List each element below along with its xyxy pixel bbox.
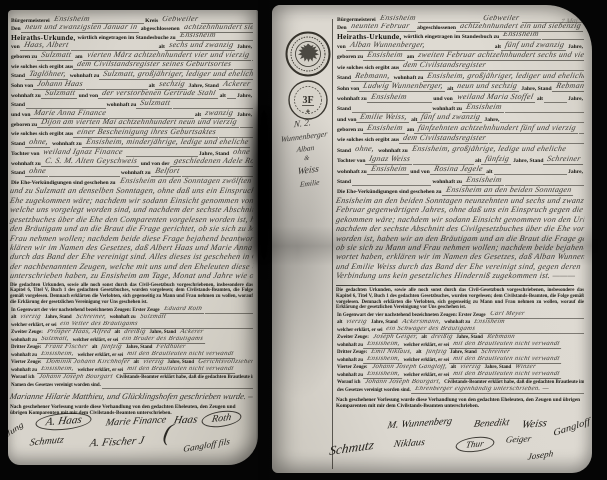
signature: A. Fischer J [89,436,145,450]
handwritten-entry: Johann Joseph Gangloff, [368,364,451,372]
printed-label: wohnhaft zu [336,359,364,364]
handwritten-entry: Ackerer [219,80,253,90]
signature: Schmutz [29,436,65,449]
handwritten-entry: Ensisheim, großjährige, ledige und eheli… [408,145,570,155]
form-row: geboren zuEnsisheimamzweiten Februar ach… [336,51,584,61]
handwritten-entry: Emil Niklaus, [367,349,416,357]
handwritten-entry: Sulzmatt [136,314,170,322]
handwritten-entry: Schreiner [543,155,584,165]
form-row: geboren zuEnsisheimamfünfzehnten achtzeh… [336,123,584,133]
printed-label: wohnhaft zu [10,354,38,359]
signature: Benedikt [473,418,510,430]
signature: Gangloff fils [183,437,230,454]
signature: Niklaus [393,438,426,450]
blank-line [527,318,584,319]
form-row: altvierzigJahre, StandAckersmann,wohnhaf… [336,319,584,327]
handwritten-entry: Haas, Albert [20,41,72,51]
margin-note: N. 2. Wunnenberger Alban & Weiss Emilie [272,114,340,193]
form-row: Die Ehe-Verkündigungen sind geschehen zu… [336,186,584,196]
printed-label: Den [336,26,348,32]
handwritten-entry: ohne, [351,145,378,155]
form-row: Zweiter Zeuge:Prosper Haas, Alfredaltdre… [10,329,253,337]
handwritten-entry: Ensisheim, [37,366,77,374]
handwritten-entry: Ensisheim [376,15,420,23]
form-row: Dritter Zeuge:Emil Niklaus,altfünfzigJah… [336,349,584,357]
handwritten-entry: Franz Fischer [41,344,91,352]
handwritten-entry: der verstorbenen Gertrude Stahl [98,90,220,100]
handwritten-entry: ein Bruder des Bräutigams [118,336,207,344]
handwritten-entry: fünfzehnten achtzehnhundert fünf und vie… [414,124,580,134]
handwritten-entry: ohne [25,167,50,177]
form-row: vonAlban Wunnenberger,altfünf und zwanzi… [336,40,584,50]
form-row: In Gegenwart der vier nachstehend bezeic… [336,311,584,319]
left-signature-area: JungA. HaasMarie FinanceHaasRothSchmutzA… [8,409,258,463]
handwritten-entry: Ensisheim [176,33,220,41]
handwritten-entry: Ensisheim [367,165,411,175]
form-row: welcher erklärt, er seiein Vetter des Br… [10,321,253,329]
handwritten-entry: Alban Wunnenberger, [346,41,429,51]
form-row: Denneun und zwanzigsten Januar inabgesch… [10,24,253,32]
right-page-content: BürgermeistereiEnsisheimGebweilerDenneun… [336,15,584,409]
printed-label: wohnhaft zu [336,344,364,349]
handwritten-line: gesetzbuches über die Ehe den Comparente… [9,215,254,224]
handwritten-entry: Winzer [511,364,540,372]
right-signature-area: SchmutzM. WunnenbergNiklausThurBenediktW… [272,417,592,471]
handwritten-entry: mit den Brautleuten nicht verwandt [123,366,237,374]
printed-label: und von [336,118,357,124]
signature: A. Haas [34,411,93,432]
printed-label: wohnhaft zu [336,97,368,103]
signature: Schmutz [329,438,375,457]
right-closing-printed: Nach geschehener Vorlesung wurde diese V… [336,397,584,409]
handwritten-entry: neun und sechzig [453,82,521,92]
handwritten-entry: mit den Brautleuten nicht verwandt [449,356,563,364]
handwritten-entry: vierten März achtzehnhundert vier und vi… [83,51,253,61]
handwritten-entry: Taglöhner, [25,70,70,80]
form-row: geboren zuSulzmattamvierten März achtzeh… [10,51,253,61]
handwritten-line: und zu Sulzmatt an denselben Sonntagen, … [9,186,254,195]
form-row: In Gegenwart der vier nachstehend bezeic… [10,306,253,314]
printed-label: des Gesetzes vereinigt worden sind. [336,389,412,394]
handwritten-entry: Dominik Johann Kirchhofer [42,359,134,367]
form-row: Dritter Zeuge:Franz FischeraltfünfzigJah… [10,344,253,352]
handwritten-entry: Johann Joseph Bourgart [35,374,116,382]
printed-label: Jahre, [567,170,584,176]
form-row: Worauf ichJohann Joseph Bourgart,Civilst… [336,379,584,387]
handwritten-entry: Ensisheim, minderjährige, ledige und ehe… [82,138,252,148]
form-row: wohnhaft zuEnsisheim,welcher erklärt, er… [336,356,584,364]
handwritten-entry: geschiedenen Adele Roth [170,157,253,167]
form-row: Standwohnhaft zuEnsisheim [336,103,584,113]
handwritten-entry: dem Civilstandsregister seines Geburtsor… [73,61,235,71]
form-row: Standwohnhaft zuEnsisheim [336,175,584,185]
left-page: BürgermeistereiEnsisheimKreisGebweilerDe… [8,10,258,465]
handwritten-entry: zwanzig [201,109,237,119]
form-row: Denneunten Februarabgeschlossenenachtzeh… [336,23,584,31]
handwritten-line: Ehe zugekommen wäre; nachdem wir sodann … [9,196,254,205]
form-row: wohnhaft zuEnsisheim,welcher erklärt, er… [10,366,253,374]
handwritten-entry: Sulzmatt, großjähriger, lediger und ehel… [99,70,253,80]
blank-line [205,313,253,314]
form-row: BürgermeistereiEnsisheimGebweiler [336,15,584,23]
handwritten-entry: weiland Ignaz Finance [39,148,127,158]
handwritten-entry: Rebmann [552,82,584,92]
signature: Marie Finance [105,415,167,428]
form-row: wohnhaft zuEnsisheim,welcher erklärt, er… [10,351,253,359]
handwritten-entry: Ignaz Weiss [365,155,414,165]
handwritten-entry: dem Civilstandsregister [399,134,490,144]
signature: Weiss [521,418,548,431]
printed-label: Den [10,27,22,33]
right-handwritten-paragraph: Ensisheim an den beiden Sonntagen neunze… [336,196,584,281]
handwritten-entry: ohne, [25,138,52,148]
form-row: Standohnewohnhaft zuBelfort [10,167,253,177]
left-page-content: BürgermeistereiEnsisheimKreisGebweilerDe… [10,16,253,416]
form-row: Tochter vonweiland Ignaz FinanceJahre, S… [10,148,253,158]
printed-label: Kreis [144,19,159,25]
paragraph-end-rule [336,285,574,286]
form-row: wie solches sich ergibt auseiner Beschei… [10,128,253,138]
handwritten-entry: Sulzmatt [37,51,75,61]
printed-label: abgeschlossenen [416,26,457,32]
handwritten-line: wortet haben, erklären wir im Namen des … [335,252,585,261]
form-row: Tochter vonIgnaz WeissaltfünfzigJahre, S… [336,154,584,164]
handwritten-entry: ein Vetter des Bräutigams [57,321,142,329]
handwritten-entry: Ensisheim [50,16,94,24]
form-row: Worauf ichJohann Joseph BourgartCivilsta… [10,374,253,382]
form-row: welcher erklärt, er seiein Schwager des … [336,326,584,334]
form-row: Vierter Zeuge:Johann Joseph Gangloff,alt… [336,364,584,372]
handwritten-entry: ein Schwager des Bräutigams [383,326,480,334]
signature: Gangloff [553,417,591,439]
form-row: wohnhaft zuSulzmattund vonder verstorben… [10,90,253,100]
handwritten-entry: Prosper Haas, Alfred [43,329,115,337]
printed-label: Dritter Zeuge: [336,351,368,356]
form-row: StandRebmann,wohnhaft zuEnsisheim, großj… [336,71,584,81]
handwritten-entry: fünfzig [422,349,450,357]
form-row: wohnhaft zuEnsisheimund vonRosina Jegele… [336,165,584,175]
handwritten-entry: Schreiner, [72,314,110,322]
left-form-rows: vonHaas, Albertaltsechs und zwanzigJahre… [10,41,253,186]
form-row: vonHaas, Albertaltsechs und zwanzigJahre… [10,41,253,51]
handwritten-entry: Ludwig Wunnenberger, [359,82,447,92]
handwritten-entry: Ensisheim [470,319,508,327]
handwritten-entry: vierzig [343,319,371,327]
printed-label: abgeschlossenen [140,27,181,33]
form-row: wie solches sich ergibt ausdem Civilstan… [10,61,253,71]
stamp-cross-icon: ✚ [306,109,310,115]
blank-line [102,388,253,389]
printed-label: wohnhaft zu [10,94,42,100]
handwritten-entry: Ensisheim [462,176,506,186]
left-header-rows: BürgermeistereiEnsisheimKreisGebweilerDe… [10,16,253,41]
printed-label: und von [78,94,99,100]
handwritten-entry: Emilie Weiss, [356,113,411,123]
handwritten-entry: ohne [229,148,253,158]
form-row: Standohne,wohnhaft zuEnsisheim, großjähr… [336,144,584,154]
blank-line [579,133,584,134]
handwritten-entry: Ensisheim [367,93,411,103]
handwritten-entry: Rebmann [483,334,519,342]
form-row: wohnhaft zuC. S. M. Alten Geyschweisund … [10,157,253,167]
handwritten-line: den Bräutigam und an die Braut die Frage… [9,224,254,233]
handwritten-entry: Carl Meyer [486,311,528,319]
form-row: Sohn vonJohann HaasaltsechzigJahre, Stan… [10,80,253,90]
handwritten-entry: Ensisheim, [363,341,403,349]
handwritten-entry: Ensisheim [462,103,506,113]
printed-label: und von [409,170,430,176]
handwritten-entry: Sulzmatt [41,90,79,100]
handwritten-entry: Ensisheim, [37,351,77,359]
form-row: Zweiter Zeuge:Joseph Geiger,altdreißigJa… [336,334,584,342]
handwritten-entry: Johann Haas [33,80,87,90]
printed-heading: Heiraths-Urkunde, [336,33,402,41]
left-handwritten-paragraph: und zu Sulzmatt an denselben Sonntagen, … [10,186,253,280]
blank-line [352,185,431,186]
handwritten-line: welche uns vorgelegt worden sind, und na… [9,205,254,214]
signature: Joseph [527,449,554,461]
form-row: wie solches sich ergibt ausdem Civilstan… [336,134,584,144]
handwritten-entry: dreißig [120,329,149,337]
handwritten-entry: mit den Brautleuten nicht verwandt [449,371,563,379]
handwritten-entry: vierzig [139,359,167,367]
printed-label: Worauf ich [10,376,36,381]
printed-label: und von [10,113,31,119]
handwritten-entry: Ensisheim [499,32,543,40]
printed-label: Stand [336,149,352,155]
right-page: 3F ✚ N. 2. Wunnenberger Alban & Weiss Em… [272,5,592,473]
form-row: Vierter Zeuge:Dominik Johann Kirchhofera… [10,359,253,367]
printed-label: Dritter Zeuge: [10,346,42,351]
form-row: Standohne,wohnhaft zuEnsisheim, minderjä… [10,138,253,148]
handwritten-line: der nachbenannten Zeugen, welche mit uns… [9,262,254,271]
printed-label: wohnhaft zu [336,374,364,379]
form-row: und vonMarie Anna FinancealtzwanzigJahre… [10,109,253,119]
signature: Jung [8,421,25,439]
handwritten-entry: Rebmann, [351,72,394,82]
signature: Roth [200,409,242,429]
handwritten-entry: dreißig [427,334,456,342]
handwritten-entry: fünfzig [97,344,125,352]
printed-label: Worauf ich [336,381,362,386]
handwritten-entry: Marie Anna Finance [30,109,110,119]
handwritten-entry: achtzehnhundert siebenzig [180,24,253,32]
printed-label: Sohn von [336,87,360,93]
binding-gutter-shadow [256,0,272,480]
handwritten-entry: achtzehnhundert ein und siebenzig [456,23,584,31]
printed-label: geboren zu [10,123,38,129]
handwritten-entry: sechzig [155,80,189,90]
printed-label: Stand [336,180,352,186]
handwritten-entry: Sulzmatt, [37,336,73,344]
printed-label: Stand [10,103,26,109]
handwritten-entry: Ensisheim an den beiden Sonntagen [441,186,575,196]
handwritten-entry: Belfort [151,167,183,177]
handwritten-entry: Dijon am vierten Mai achtzehnhundert neu… [37,119,241,129]
handwritten-entry: fünf und zwanzig [501,41,568,51]
handwritten-entry: neunten Februar [347,23,414,31]
handwritten-entry: vierzig [17,314,45,322]
left-printed-block: Die gedachten Urkunden, sowie alle noch … [10,283,253,307]
handwritten-line: unterschrieben haben, zu Ensisheim am Ta… [9,271,254,280]
blank-line [551,393,584,394]
stamp-value: 3F [302,95,313,106]
handwritten-entry: dem Civilstandsregister [399,61,490,71]
printed-label: wohnhaft zu [336,170,368,176]
handwritten-entry: Schreiner [477,349,514,357]
printed-label: Tochter von [336,159,366,165]
handwritten-entry: Rosina Jegele [430,165,487,175]
handwritten-entry: Ensisheim [363,51,407,61]
right-header-rows: BürgermeistereiEnsisheimGebweilerDenneun… [336,15,584,40]
handwritten-entry: Sulzmatt [136,99,174,109]
blank-line [252,60,253,61]
left-witness-rows: In Gegenwart der vier nachstehend bezeic… [10,306,253,389]
margin-rule-line [332,19,333,469]
form-row: des Gesetzes vereinigt worden sind.Ehren… [336,386,584,394]
handwritten-entry: einer Bescheinigung ihres Geburtsaktes [73,128,220,138]
handwritten-entry: Ensisheim, [363,356,403,364]
printed-label: alt [536,97,544,103]
printed-label: wohnhaft zu [106,103,138,109]
printed-label: und von [432,97,453,103]
form-row: StandTaglöhner,wohnhaft zuSulzmatt, groß… [10,70,253,80]
form-row: und vonEmilie Weiss,altfünf und zwanzigJ… [336,113,584,123]
handwritten-line: und Emilie Weiss durch das Band der Ehe … [335,262,585,271]
handwritten-entry: Gerichtsvollzieher [194,359,253,367]
handwritten-line: gekommen wäre; nachdem wir sodann Einsic… [335,215,585,224]
handwritten-entry: vierzig [456,364,484,372]
printed-label: Jahre, Stand [512,159,544,165]
form-row: Standwohnhaft zuSulzmatt [10,99,253,109]
handwritten-entry: neun und zwanzigsten Januar in [21,24,141,32]
handwritten-line: Verbindung uns kein gesetzliches Hindern… [335,271,585,280]
printed-label: Jahre, [567,97,584,103]
handwritten-entry: mit den Brautleuten nicht verwandt [449,341,563,349]
printed-label: geboren zu [10,55,38,61]
printed-label: Stand [336,76,352,82]
form-row: geboren zuDijon am vierten Mai achtzehnh… [10,119,253,129]
printed-label: Sohn von [10,84,34,90]
printed-label: Civilstands-Beamter erklärt habe, daß di… [115,376,253,381]
form-row: wohnhaft zuEnsisheimund vonweiland Maria… [336,92,584,102]
signature: M. Wunnenberg [387,417,453,431]
imperial-eagle-seal-icon [285,31,331,77]
handwritten-entry: Ensisheim, [363,371,403,379]
printed-label: Jahre, [236,94,253,100]
handwritten-entry: Eduard Roth [160,306,206,314]
handwritten-entry: sechs und zwanzig [165,41,237,51]
signature: Thur [454,435,495,453]
handwritten-entry: weiland Maria Stoffel [453,93,537,103]
handwritten-entry: fünfzig [481,155,513,165]
form-row: wohnhaft zuSulzmatt,welcher erklärt, er … [10,336,253,344]
form-row: wohnhaft zuEnsisheim,welcher erklärt, er… [336,341,584,349]
handwritten-entry: Johann Joseph Bourgart, [361,379,444,387]
form-row: wie solches sich ergibt ausdem Civilstan… [336,61,584,71]
signature: Geiger [505,434,532,444]
blank-line [409,102,432,103]
printed-label: Tochter von [10,152,40,158]
right-printed-block: Die gedachten Urkunden, sowie alle noch … [336,288,584,312]
handwritten-entry: fünf und zwanzig [417,113,484,123]
scanned-civil-registry-document: BürgermeistereiEnsisheimKreisGebweilerDe… [0,0,607,480]
printed-label: geboren zu [336,128,364,134]
right-form-rows: vonAlban Wunnenberger,altfünf und zwanzi… [336,40,584,196]
form-row: wohnhaft zuEnsisheim,welcher erklärt, er… [336,371,584,379]
printed-label: alt [219,94,227,100]
handwritten-entry: Ackersmann, [398,319,444,327]
printed-label: wohnhaft zu [10,339,38,344]
blank-line [544,102,567,103]
handwritten-entry: mit den Brautleuten nicht verwandt [123,351,237,359]
handwritten-entry: Joseph Geiger, [369,334,421,342]
handwritten-entry: Ackerer [176,329,207,337]
handwritten-entry: C. S. M. Alten Geyschweis [41,157,141,167]
form-row: Sohn vonLudwig Wunnenberger,altneun und … [336,82,584,92]
handwritten-line: klären wir im Namen des Gesetzes, daß Al… [9,243,254,252]
handwritten-line: Frau nehmen wollen; nachdem beide diese … [9,234,254,243]
form-row: Heiraths-Urkunde,wörtlich eingetragen im… [10,33,253,41]
left-script-line: Marianne Hilarie Matthieu, und Glückling… [9,391,254,401]
handwritten-entry: Ensisheim, großjähriger, lediger und ehe… [423,72,584,82]
handwritten-entry: zweiten Februar achtzehnhundert sechs un… [414,51,584,61]
blank-line [227,98,236,99]
handwritten-line: nachdem der sechste Abschnitt des Civilg… [335,224,585,233]
right-witness-rows: In Gegenwart der vier nachstehend bezeic… [336,311,584,394]
form-row: Namen des Gesetzes vereinigt worden sind… [10,381,253,389]
printed-label: Stand [10,171,26,177]
printed-label: wohnhaft zu [10,369,38,374]
handwritten-entry: Gebweiler [479,15,523,23]
printed-heading: Heiraths-Urkunde, [10,34,76,42]
handwritten-line: durch das Band der Ehe vereinigt sind. A… [9,252,254,261]
printed-label: Stand [10,74,26,80]
printed-label: Namen des Gesetzes vereinigt worden sind… [10,384,102,389]
printed-label: Stand [336,107,352,113]
form-row: altvierzigJahre, StandSchreiner,wohnhaft… [10,314,253,322]
handwritten-entry: Gebweiler [158,16,202,24]
handwritten-line: Februar gegenwärtigen Jahres, ohne daß u… [335,205,585,214]
form-row: Heiraths-Urkunde,wörtlich eingetragen im… [336,32,584,40]
blank-line [505,112,584,113]
printed-label: geboren zu [336,55,364,61]
handwritten-entry: Ehrenberger eigenhändig unterschrieben. … [411,386,553,394]
printed-label: Stand [10,142,26,148]
blank-line [240,127,253,128]
blank-line [49,176,120,177]
handwritten-entry: Feldhüter [152,344,189,352]
printed-label: wörtlich eingetragen im Standesbuche zu [76,36,176,42]
handwritten-entry: Ensisheim [363,124,407,134]
form-row: BürgermeistereiEnsisheimKreisGebweiler [10,16,253,24]
handwritten-line: worden ist, haben wir an den Bräutigam u… [335,234,585,243]
